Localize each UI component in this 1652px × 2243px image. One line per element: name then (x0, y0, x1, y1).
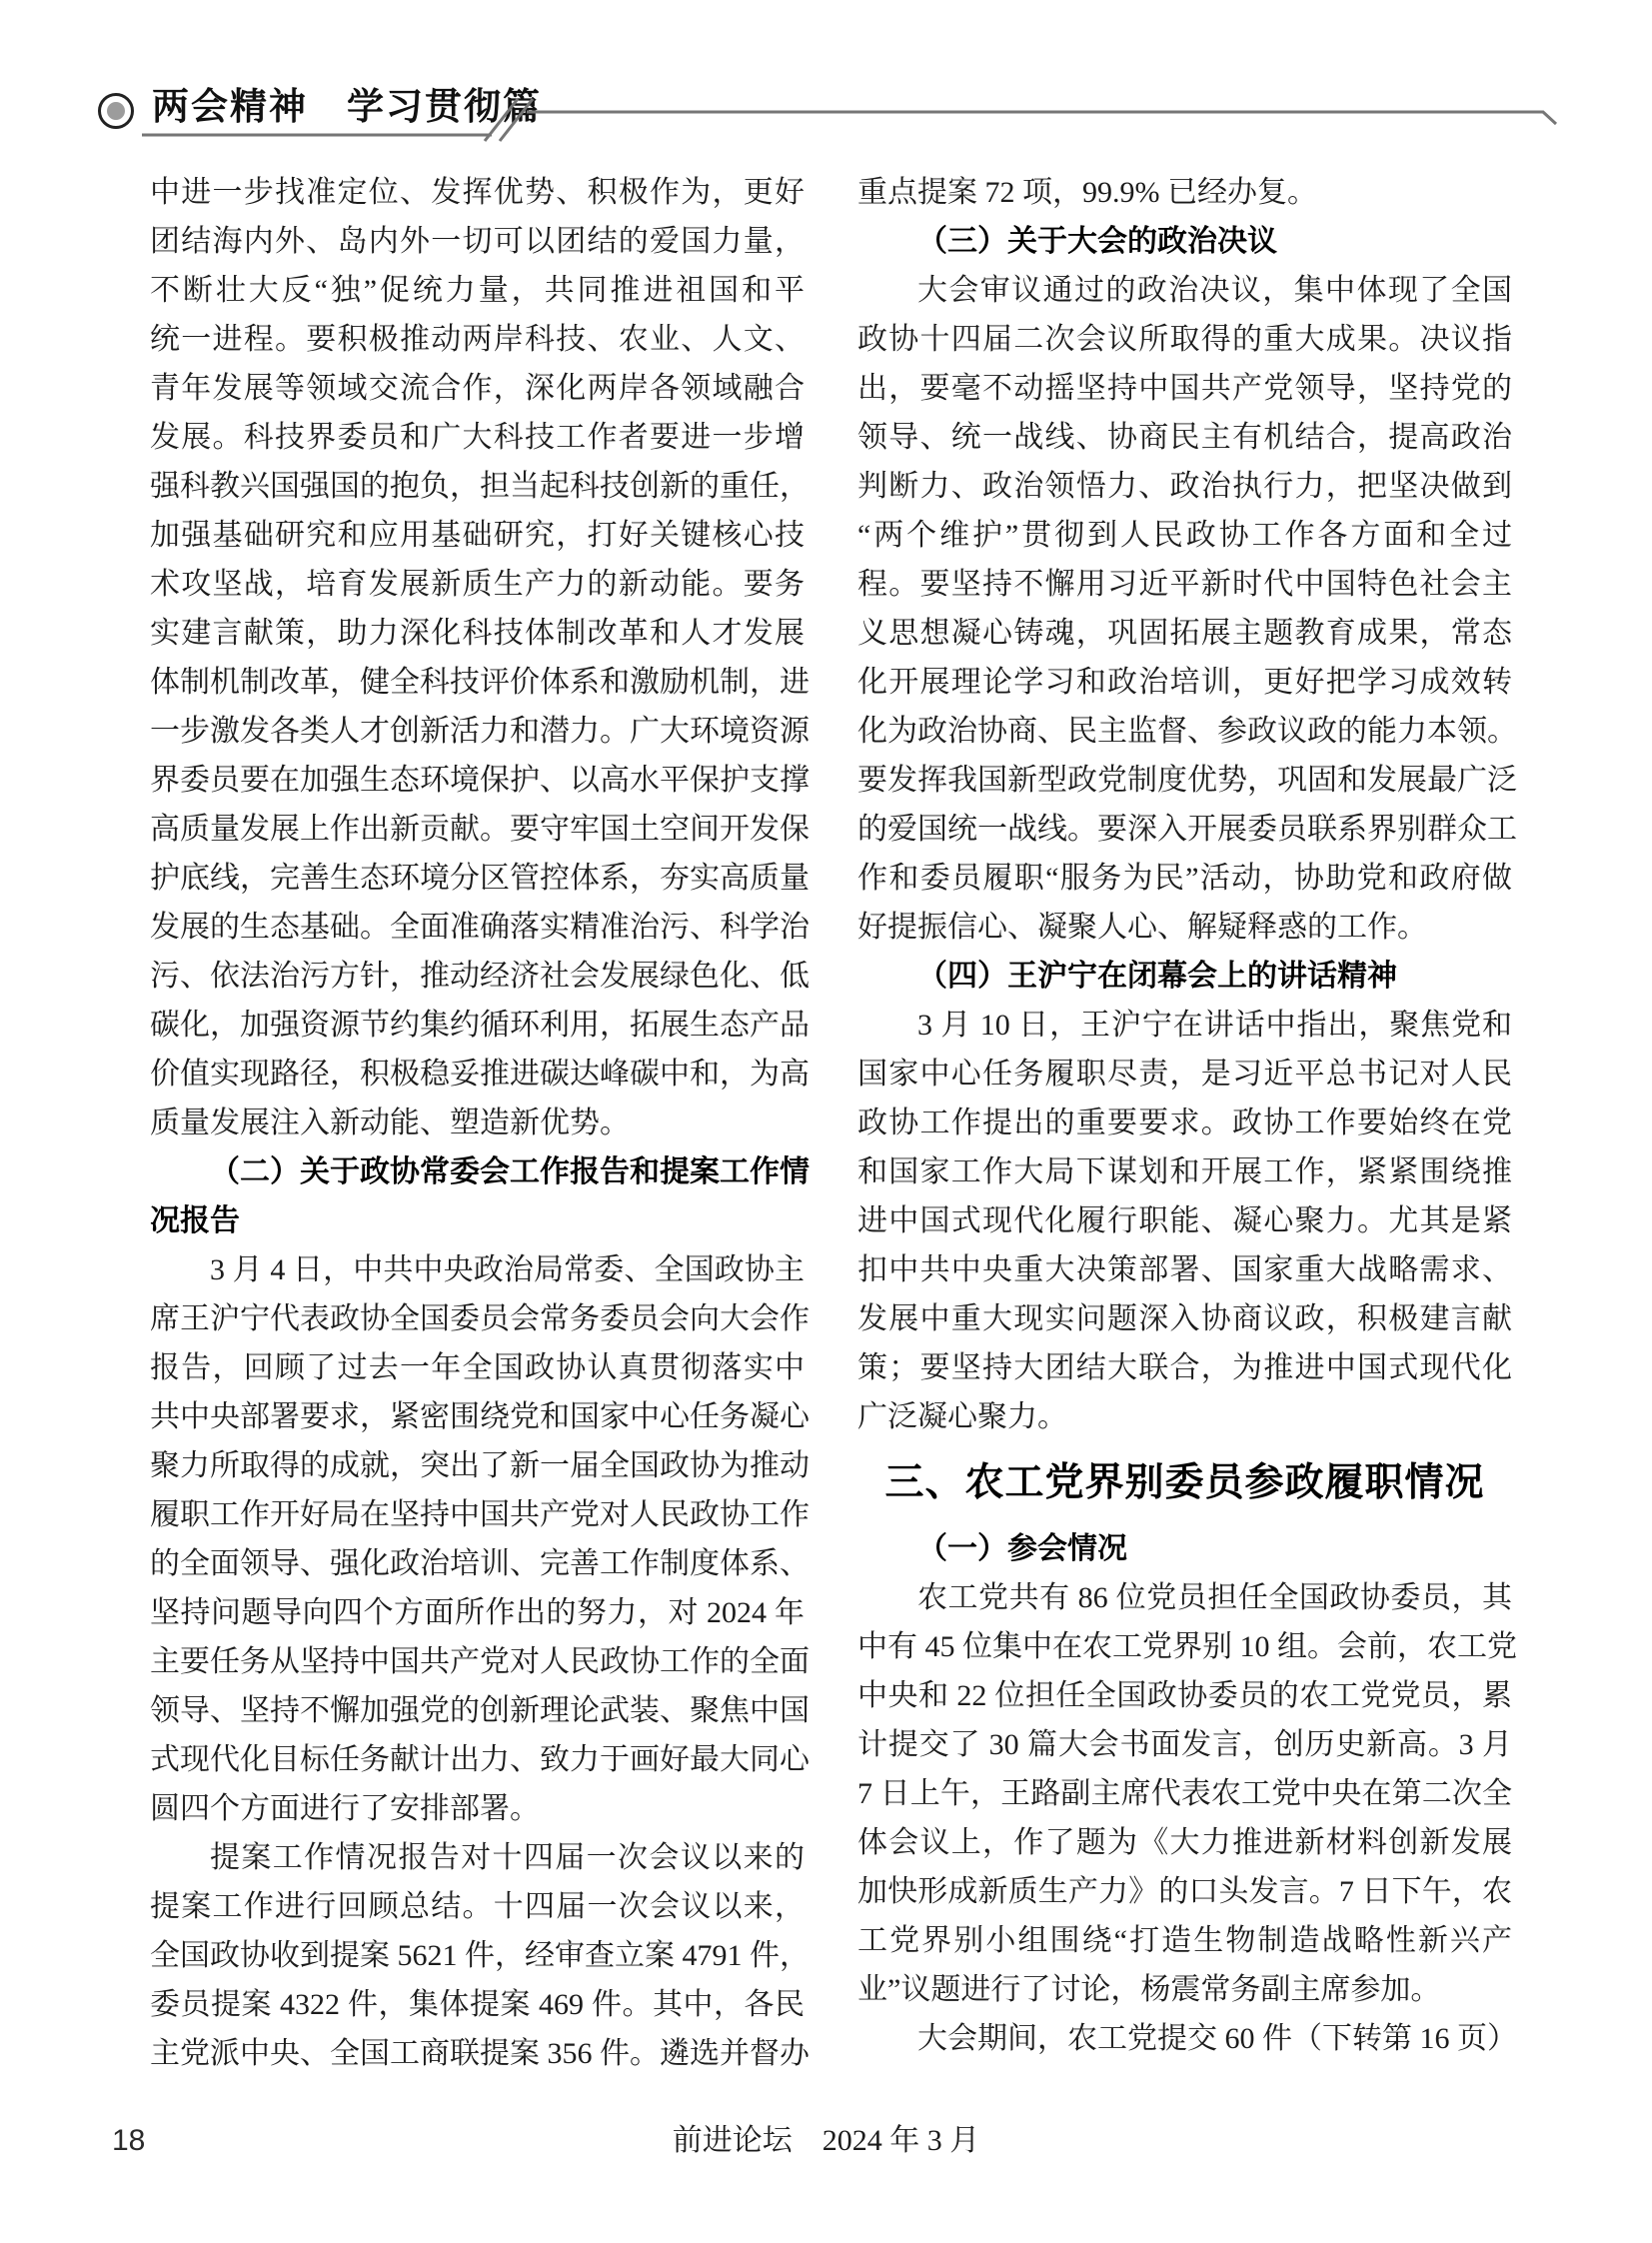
text-line: 术攻坚战，培育发展新质生产力的新动能。要务 (150, 560, 805, 609)
header-rule-decoration (102, 96, 1561, 142)
text-line: 发展。科技界委员和广大科技工作者要进一步增 (150, 413, 805, 462)
text-line: 策；要坚持大团结大联合，为推进中国式现代化 (857, 1343, 1512, 1392)
text-line: 一步激发各类人才创新活力和潜力。广大环境资源 (150, 707, 805, 756)
text-line: 高质量发展上作出新贡献。要守牢国土空间开发保 (150, 805, 805, 854)
text-line: 的爱国统一战线。要深入开展委员联系界别群众工 (857, 805, 1512, 854)
text-line: 政协工作提出的重要要求。政协工作要始终在党 (857, 1099, 1512, 1147)
text-line: 进中国式现代化履行职能、凝心聚力。尤其是紧 (857, 1196, 1512, 1245)
text-line: 政协十四届二次会议所取得的重大成果。决议指 (857, 315, 1512, 364)
text-line: 扣中共中央重大决策部署、国家重大战略需求、 (857, 1245, 1512, 1294)
text-line: 况报告 (150, 1196, 805, 1245)
text-column-left: 中进一步找准定位、发挥优势、积极作为，更好团结海内外、岛内外一切可以团结的爱国力… (150, 168, 805, 2078)
text-line: 中进一步找准定位、发挥优势、积极作为，更好 (150, 168, 805, 217)
journal-issue: 2024 年 3 月 (823, 2124, 980, 2157)
text-line: 重点提案 72 项，99.9% 已经办复。 (857, 168, 1512, 217)
text-line: 坚持问题导向四个方面所作出的努力，对 2024 年 (150, 1588, 805, 1637)
text-line: 式现代化目标任务献计出力、致力于画好最大同心 (150, 1735, 805, 1784)
text-line: 界委员要在加强生态环境保护、以高水平保护支撑 (150, 756, 805, 805)
text-line: 和国家工作大局下谋划和开展工作，紧紧围绕推 (857, 1147, 1512, 1196)
text-line: 作和委员履职“服务为民”活动，协助党和政府做 (857, 854, 1512, 903)
text-line: 加强基础研究和应用基础研究，打好关键核心技 (150, 511, 805, 560)
text-line: 圆四个方面进行了安排部署。 (150, 1784, 805, 1833)
page-footline: 前进论坛2024 年 3 月 (0, 2123, 1652, 2159)
journal-name: 前进论坛 (673, 2124, 793, 2157)
text-line: 实建言献策，助力深化科技体制改革和人才发展 (150, 609, 805, 658)
text-line: 工党界别小组围绕“打造生物制造战略性新兴产 (857, 1916, 1512, 1965)
text-line: 大会期间，农工党提交 60 件（下转第 16 页） (857, 2014, 1512, 2063)
text-line: 全国政协收到提案 5621 件，经审查立案 4791 件， (150, 1931, 805, 1980)
text-line: 要发挥我国新型政党制度优势，巩固和发展最广泛 (857, 756, 1512, 805)
text-line: 中央和 22 位担任全国政协委员的农工党党员，累 (857, 1671, 1512, 1720)
text-line: 大会审议通过的政治决议，集中体现了全国 (857, 266, 1512, 315)
text-line: 委员提案 4322 件，集体提案 469 件。其中，各民 (150, 1980, 805, 2029)
text-line: 程。要坚持不懈用习近平新时代中国特色社会主 (857, 560, 1512, 609)
text-line: 报告，回顾了过去一年全国政协认真贯彻落实中 (150, 1343, 805, 1392)
text-line: 7 日上午，王路副主席代表农工党中央在第二次全 (857, 1769, 1512, 1818)
text-line: 国家中心任务履职尽责，是习近平总书记对人民 (857, 1050, 1512, 1099)
text-line: 价值实现路径，积极稳妥推进碳达峰碳中和，为高 (150, 1050, 805, 1099)
text-line: （三）关于大会的政治决议 (857, 217, 1512, 266)
text-line: （一）参会情况 (857, 1524, 1512, 1573)
text-line: 出，要毫不动摇坚持中国共产党领导，坚持党的 (857, 364, 1512, 413)
text-line: 化为政治协商、民主监督、参政议政的能力本领。 (857, 707, 1512, 756)
text-line: （四）王沪宁在闭幕会上的讲话精神 (857, 952, 1512, 1001)
text-line: 护底线，完善生态环境分区管控体系，夯实高质量 (150, 854, 805, 903)
text-line: 的全面领导、强化政治培训、完善工作制度体系、 (150, 1539, 805, 1588)
text-line: 3 月 10 日，王沪宁在讲话中指出，聚焦党和 (857, 1001, 1512, 1050)
text-line: 共中央部署要求，紧密围绕党和国家中心任务凝心 (150, 1392, 805, 1441)
text-line: 质量发展注入新动能、塑造新优势。 (150, 1099, 805, 1147)
text-line: 碳化，加强资源节约集约循环利用，拓展生态产品 (150, 1001, 805, 1050)
text-line: 团结海内外、岛内外一切可以团结的爱国力量， (150, 217, 805, 266)
text-line: 判断力、政治领悟力、政治执行力，把坚决做到 (857, 462, 1512, 511)
text-line: 强科教兴国强国的抱负，担当起科技创新的重任， (150, 462, 805, 511)
text-line: 青年发展等领域交流合作，深化两岸各领域融合 (150, 364, 805, 413)
text-line: 业”议题进行了讨论，杨震常务副主席参加。 (857, 1965, 1512, 2014)
text-line: 主要任务从坚持中国共产党对人民政协工作的全面 (150, 1637, 805, 1686)
text-line: 聚力所取得的成就，突出了新一届全国政协为推动 (150, 1441, 805, 1490)
text-line: 领导、坚持不懈加强党的创新理论武装、聚焦中国 (150, 1686, 805, 1735)
text-line: 发展的生态基础。全面准确落实精准治污、科学治 (150, 903, 805, 952)
text-line: 义思想凝心铸魂，巩固拓展主题教育成果，常态 (857, 609, 1512, 658)
text-line: 体制机制改革，健全科技评价体系和激励机制，进 (150, 658, 805, 707)
text-line: 领导、统一战线、协商民主有机结合，提高政治 (857, 413, 1512, 462)
text-line: 发展中重大现实问题深入协商议政，积极建言献 (857, 1294, 1512, 1343)
text-line: 体会议上，作了题为《大力推进新材料创新发展 (857, 1818, 1512, 1867)
text-line: 中有 45 位集中在农工党界别 10 组。会前，农工党 (857, 1622, 1512, 1671)
text-line: 3 月 4 日，中共中央政治局常委、全国政协主 (150, 1245, 805, 1294)
text-line: 履职工作开好局在坚持中国共产党对人民政协工作 (150, 1490, 805, 1539)
text-line: 提案工作进行回顾总结。十四届一次会议以来， (150, 1882, 805, 1931)
text-line: “两个维护”贯彻到人民政协工作各方面和全过 (857, 511, 1512, 560)
text-line: 化开展理论学习和政治培训，更好把学习成效转 (857, 658, 1512, 707)
text-line: 席王沪宁代表政协全国委员会常务委员会向大会作 (150, 1294, 805, 1343)
text-line: 农工党共有 86 位党员担任全国政协委员，其 (857, 1573, 1512, 1622)
magazine-page: 两会精神 学习贯彻篇 中进一步找准定位、发挥优势、积极作为，更好团结海内外、岛内… (0, 0, 1652, 2243)
text-line: 污、依法治污方针，推动经济社会发展绿色化、低 (150, 952, 805, 1001)
text-line: 好提振信心、凝聚人心、解疑释惑的工作。 (857, 903, 1512, 952)
text-line: 提案工作情况报告对十四届一次会议以来的 (150, 1833, 805, 1882)
text-line: 加快形成新质生产力》的口头发言。7 日下午，农 (857, 1867, 1512, 1916)
text-column-right: 重点提案 72 项，99.9% 已经办复。（三）关于大会的政治决议大会审议通过的… (857, 168, 1512, 2063)
text-line: 统一进程。要积极推动两岸科技、农业、人文、 (150, 315, 805, 364)
text-line: 主党派中央、全国工商联提案 356 件。遴选并督办 (150, 2029, 805, 2078)
text-line: 广泛凝心聚力。 (857, 1392, 1512, 1441)
text-line: 不断壮大反“独”促统力量，共同推进祖国和平 (150, 266, 805, 315)
text-line: 计提交了 30 篇大会书面发言，创历史新高。3 月 (857, 1720, 1512, 1769)
text-line: （二）关于政协常委会工作报告和提案工作情 (150, 1147, 805, 1196)
section-heading: 三、农工党界别委员参政履职情况 (857, 1441, 1512, 1524)
